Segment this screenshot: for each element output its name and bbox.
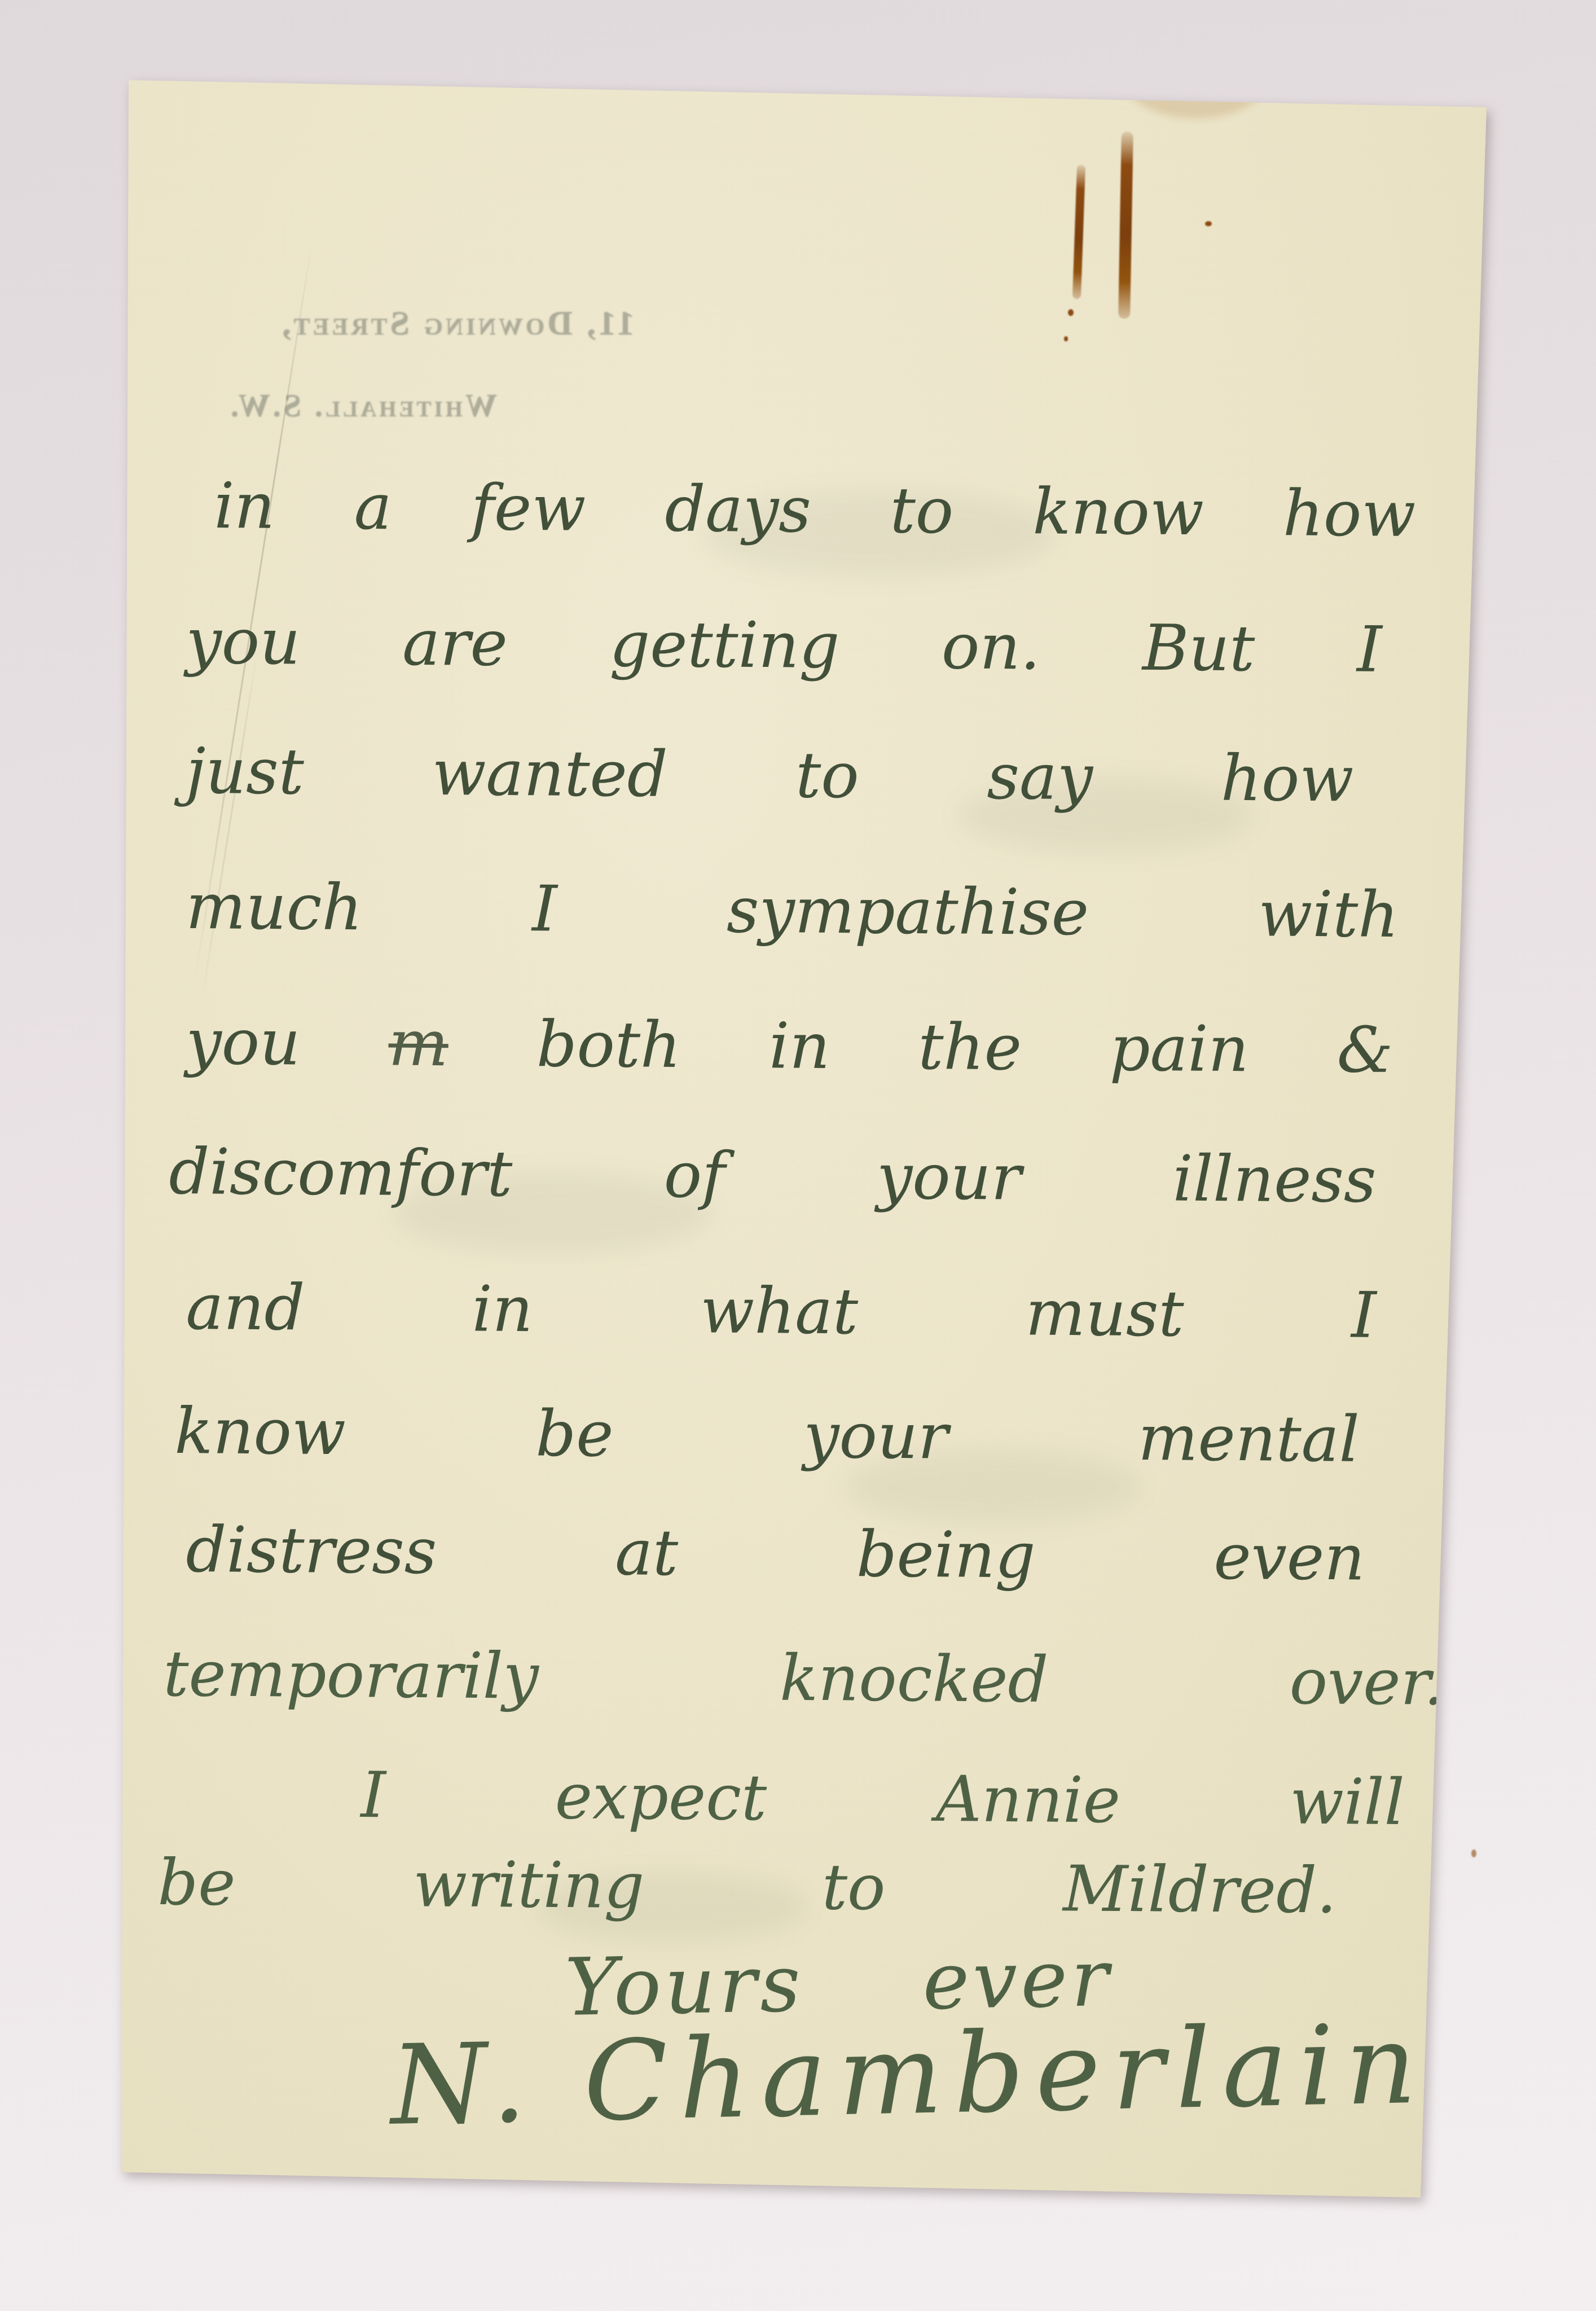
word: in <box>214 468 275 544</box>
word: you <box>186 1004 301 1081</box>
word: writing <box>413 1847 645 1924</box>
word: your <box>876 1139 1021 1216</box>
word: to <box>795 738 859 814</box>
word: Mildred. <box>1063 1851 1337 1929</box>
word: over. <box>1289 1644 1444 1721</box>
word: your <box>803 1398 948 1475</box>
word: illness <box>1172 1141 1377 1218</box>
word: in <box>472 1272 533 1348</box>
letter-line: andinwhatmustI <box>186 1269 1377 1354</box>
rust-speck-3 <box>1205 221 1212 226</box>
word: even <box>1214 1519 1365 1596</box>
word: just <box>186 733 304 810</box>
signature: N. Chamberlain <box>389 1998 1429 2152</box>
word: mental <box>1138 1400 1360 1478</box>
letter-line: discomfortofyourillness <box>169 1134 1377 1218</box>
letter-line: knowbeyourmental <box>174 1394 1360 1478</box>
rust-speck-2 <box>1064 336 1068 341</box>
word: I <box>360 1758 386 1834</box>
word: distress <box>186 1512 437 1589</box>
word: at <box>615 1515 679 1591</box>
word: how <box>1221 741 1354 818</box>
word: are <box>402 605 508 682</box>
letter-line: distressatbeingeven <box>186 1512 1365 1596</box>
word: say <box>987 739 1093 816</box>
letter-line: temporarilyknockedover. <box>163 1636 1444 1721</box>
word: to <box>822 1849 886 1926</box>
word: m <box>388 1006 449 1082</box>
word: pain <box>1110 1010 1249 1087</box>
letterhead-stamp-line2: Whitehall. S.W. <box>181 388 544 424</box>
word: few <box>471 470 586 547</box>
word: sympathise <box>727 873 1089 951</box>
word: the <box>918 1009 1022 1086</box>
word: be <box>535 1396 614 1472</box>
word: you <box>186 604 301 680</box>
letter-paper: 11, Downing Street, Whitehall. S.W. inaf… <box>0 0 1596 2311</box>
photo-background: 11, Downing Street, Whitehall. S.W. inaf… <box>0 0 1596 2311</box>
word: But <box>1142 610 1255 687</box>
letter-line: youmbothinthepain& <box>186 1004 1393 1088</box>
letter-line: inafewdaystoknowhow <box>214 468 1416 552</box>
word: and <box>186 1269 305 1346</box>
rust-smudge <box>1123 34 1269 118</box>
word: a <box>354 469 392 546</box>
word: of <box>663 1137 726 1214</box>
word: with <box>1258 876 1399 953</box>
word: will <box>1290 1764 1405 1840</box>
rust-speck-1 <box>1068 309 1074 316</box>
word: to <box>890 473 953 549</box>
word: expect <box>555 1759 767 1836</box>
word: on. <box>941 609 1040 686</box>
word: temporarily <box>163 1636 539 1715</box>
letter-paper-shadow: 11, Downing Street, Whitehall. S.W. inaf… <box>0 0 1596 2311</box>
word: & <box>1336 1012 1393 1088</box>
word: being <box>856 1517 1036 1594</box>
word: I <box>1357 612 1382 688</box>
letter-line: bewritingtoMildred. <box>157 1845 1337 1929</box>
word: must <box>1025 1275 1184 1352</box>
word: I <box>1351 1277 1377 1354</box>
word: know <box>174 1394 346 1471</box>
word: in <box>769 1008 830 1084</box>
word: days <box>665 472 811 548</box>
word: getting <box>609 607 840 684</box>
rust-mark-1 <box>1072 165 1085 299</box>
word: how <box>1283 476 1416 552</box>
word: know <box>1032 474 1204 551</box>
word: discomfort <box>169 1134 513 1212</box>
word: knocked <box>780 1641 1049 1719</box>
rust-mark-2 <box>1118 131 1133 319</box>
letter-line: muchIsympathisewith <box>186 869 1399 953</box>
paper-crease-2 <box>200 649 258 1006</box>
letter-line: justwantedtosayhow <box>186 733 1354 818</box>
word: wanted <box>432 735 668 812</box>
letter-line: IexpectAnniewill <box>360 1758 1405 1840</box>
word: I <box>532 871 557 947</box>
word: what <box>700 1273 859 1350</box>
word: Annie <box>935 1761 1120 1839</box>
letter-line: youaregettingon.ButI <box>186 604 1382 688</box>
word: be <box>157 1845 236 1921</box>
word: both <box>536 1007 681 1083</box>
letterhead-stamp-line1: 11, Downing Street, <box>257 304 657 344</box>
word: much <box>186 869 363 946</box>
